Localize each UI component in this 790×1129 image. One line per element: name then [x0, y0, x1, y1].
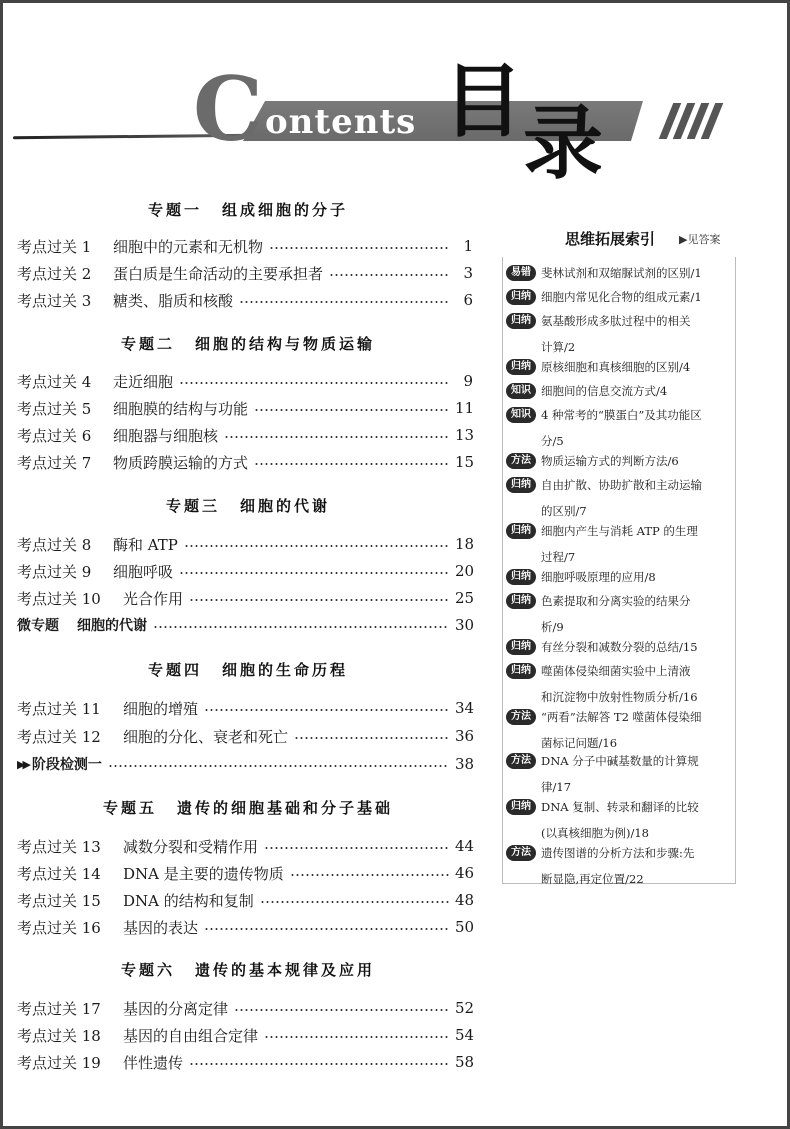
- leader-dots: [264, 1036, 449, 1038]
- tag-badge: 方法: [506, 453, 536, 469]
- section-title: 专题二细胞的结构与物质运输: [3, 333, 493, 354]
- entry-label: 考点过关 2: [17, 263, 109, 284]
- tag-badge: 归纳: [506, 799, 536, 815]
- entry-label: 考点过关 3: [17, 290, 109, 311]
- entry-label: 考点过关 1: [17, 236, 109, 257]
- section-title: 专题六遗传的基本规律及应用: [3, 959, 493, 980]
- entry-title: 细胞膜的结构与功能: [109, 398, 248, 419]
- leader-dots: [290, 874, 449, 876]
- toc-entry[interactable]: 考点过关 6细胞器与细胞核13: [17, 424, 473, 446]
- index-text: 细胞内常见化合物的组成元素/1: [541, 290, 702, 304]
- entry-title: 细胞的增殖: [119, 698, 198, 719]
- contents-banner: C ontents 目 录: [3, 3, 787, 203]
- entry-title: 酶和 ATP: [109, 534, 178, 555]
- entry-title: 细胞呼吸: [109, 561, 173, 582]
- index-text: 细胞呼吸原理的应用/8: [541, 570, 656, 584]
- entry-page: 6: [455, 291, 473, 309]
- tag-badge: 归纳: [506, 639, 536, 655]
- entry-title: 伴性遗传: [119, 1052, 183, 1073]
- index-text: 4 种常考的“膜蛋白”及其功能区: [541, 408, 702, 422]
- index-text: 斐林试剂和双缩脲试剂的区别/1: [541, 266, 702, 280]
- toc-entry[interactable]: 考点过关 17基因的分离定律52: [17, 997, 473, 1019]
- tag-badge: 知识: [506, 383, 536, 399]
- tag-badge: 归纳: [506, 477, 536, 493]
- tag-badge: 归纳: [506, 523, 536, 539]
- leader-dots: [153, 626, 449, 628]
- toc-entry[interactable]: 考点过关 16基因的表达50: [17, 916, 473, 938]
- entry-label: 考点过关 5: [17, 398, 109, 419]
- index-text: “两看”法解答 T2 噬菌体侵染细: [541, 710, 702, 724]
- section-name: 细胞的代谢: [240, 497, 330, 515]
- toc-entry[interactable]: 考点过关 9细胞呼吸20: [17, 560, 473, 582]
- entry-label: 考点过关 12: [17, 726, 119, 747]
- sidebar-title: 思维拓展索引: [565, 228, 655, 249]
- entry-label: 考点过关 10: [17, 588, 119, 609]
- index-item[interactable]: 方法物质运输方式的判断方法/6: [506, 447, 728, 474]
- index-text: DNA 复制、转录和翻译的比较: [541, 800, 699, 814]
- leader-dots: [189, 1063, 449, 1065]
- leader-dots: [184, 545, 449, 547]
- entry-page: 18: [455, 535, 473, 553]
- index-text: 噬菌体侵染细菌实验中上清液: [541, 664, 691, 678]
- section-number: 专题五: [103, 799, 157, 817]
- index-text: DNA 分子中碱基数量的计算规: [541, 754, 699, 768]
- toc-entry[interactable]: 考点过关 10光合作用25: [17, 587, 473, 609]
- index-text: 有丝分裂和减数分裂的总结/15: [541, 640, 698, 654]
- index-item[interactable]: 知识细胞间的信息交流方式/4: [506, 377, 728, 404]
- leader-dots: [254, 463, 449, 465]
- section-number: 专题三: [166, 497, 220, 515]
- leader-dots: [108, 765, 449, 767]
- section-number: 专题一: [148, 201, 202, 219]
- entry-page: 11: [455, 399, 473, 417]
- toc-entry[interactable]: 考点过关 15DNA 的结构和复制48: [17, 889, 473, 911]
- entry-label: 考点过关 8: [17, 534, 109, 555]
- entry-label: 考点过关 18: [17, 1025, 119, 1046]
- entry-label: 考点过关 15: [17, 890, 119, 911]
- leader-dots: [204, 709, 449, 711]
- toc-entry-special[interactable]: 微专题细胞的代谢30: [17, 614, 473, 636]
- leader-dots: [294, 737, 449, 739]
- index-item[interactable]: 归纳细胞内常见化合物的组成元素/1: [506, 283, 728, 310]
- leader-dots: [189, 599, 449, 601]
- index-text: 物质运输方式的判断方法/6: [541, 454, 679, 468]
- toc-entry[interactable]: 考点过关 13减数分裂和受精作用44: [17, 835, 473, 857]
- section-name: 遗传的基本规律及应用: [195, 961, 375, 979]
- entry-page: 46: [455, 864, 473, 882]
- entry-title: 基因的自由组合定律: [119, 1025, 258, 1046]
- entry-title: 光合作用: [119, 588, 183, 609]
- tag-badge: 知识: [506, 407, 536, 423]
- entry-page: 20: [455, 562, 473, 580]
- tag-badge: 归纳: [506, 359, 536, 375]
- tag-badge: 归纳: [506, 593, 536, 609]
- entry-title: 基因的分离定律: [119, 998, 228, 1019]
- index-text: 氨基酸形成多肽过程中的相关: [541, 314, 691, 328]
- section-title: 专题三细胞的代谢: [3, 495, 493, 516]
- leader-dots: [264, 847, 449, 849]
- tag-badge: 归纳: [506, 289, 536, 305]
- index-item[interactable]: 易错斐林试剂和双缩脲试剂的区别/1: [506, 259, 728, 286]
- section-name: 细胞的生命历程: [222, 661, 348, 679]
- tag-badge: 归纳: [506, 313, 536, 329]
- entry-label: 考点过关 7: [17, 452, 109, 473]
- leader-dots: [179, 572, 449, 574]
- toc-entry-stage-test[interactable]: ▶▶阶段检测一38: [17, 753, 473, 775]
- leader-dots: [234, 1009, 449, 1011]
- toc-entry[interactable]: 考点过关 18基因的自由组合定律54: [17, 1024, 473, 1046]
- toc-entry[interactable]: 考点过关 2蛋白质是生命活动的主要承担者3: [17, 262, 473, 284]
- section-number: 专题四: [148, 661, 202, 679]
- entry-title: 糖类、脂质和核酸: [109, 290, 233, 311]
- entry-page: 25: [455, 589, 473, 607]
- entry-page: 9: [455, 372, 473, 390]
- section-name: 组成细胞的分子: [222, 201, 348, 219]
- see-answer-note: ▶见答案: [679, 231, 720, 247]
- entry-title: 细胞器与细胞核: [109, 425, 218, 446]
- entry-page: 30: [455, 616, 473, 634]
- banner-cn-lu: 录: [523, 103, 603, 183]
- entry-page: 1: [455, 237, 473, 255]
- entry-label: 考点过关 4: [17, 371, 109, 392]
- index-item[interactable]: 归纳原核细胞和真核细胞的区别/4: [506, 353, 728, 380]
- entry-page: 54: [455, 1026, 473, 1044]
- entry-title: 细胞的代谢: [73, 615, 147, 635]
- entry-page: 38: [455, 755, 473, 773]
- index-text: 自由扩散、协助扩散和主动运输: [541, 478, 702, 492]
- index-text: 细胞内产生与消耗 ATP 的生理: [541, 524, 698, 538]
- entry-page: 36: [455, 727, 473, 745]
- tag-badge: 归纳: [506, 663, 536, 679]
- banner-word: ontents: [265, 103, 416, 141]
- entry-label: 考点过关 19: [17, 1052, 119, 1073]
- section-title: 专题四细胞的生命历程: [3, 659, 493, 680]
- entry-title: 蛋白质是生命活动的主要承担者: [109, 263, 323, 284]
- entry-label: 考点过关 17: [17, 998, 119, 1019]
- leader-dots: [239, 301, 449, 303]
- toc-entry[interactable]: 考点过关 12细胞的分化、衰老和死亡36: [17, 725, 473, 747]
- entry-label: 考点过关 14: [17, 863, 119, 884]
- entry-page: 44: [455, 837, 473, 855]
- tag-badge: 方法: [506, 709, 536, 725]
- leader-dots: [254, 409, 449, 411]
- index-item[interactable]: 归纳有丝分裂和减数分裂的总结/15: [506, 633, 728, 660]
- entry-title: 细胞的分化、衰老和死亡: [119, 726, 288, 747]
- section-title: 专题一组成细胞的分子: [3, 199, 493, 220]
- toc-entry[interactable]: 考点过关 14DNA 是主要的遗传物质46: [17, 862, 473, 884]
- entry-label: 考点过关 6: [17, 425, 109, 446]
- banner-letter-c: C: [193, 65, 263, 153]
- toc-entry[interactable]: 考点过关 5细胞膜的结构与功能11: [17, 397, 473, 419]
- leader-dots: [204, 928, 449, 930]
- leader-dots: [179, 382, 449, 384]
- leader-dots: [260, 901, 449, 903]
- entry-title: 走近细胞: [109, 371, 173, 392]
- entry-title: 物质跨膜运输的方式: [109, 452, 248, 473]
- section-name: 细胞的结构与物质运输: [195, 335, 375, 353]
- index-text: 细胞间的信息交流方式/4: [541, 384, 667, 398]
- toc-entry[interactable]: 考点过关 1细胞中的元素和无机物1: [17, 235, 473, 257]
- contents-page: C ontents 目 录 专题一组成细胞的分子 考点过关 1细胞中的元素和无机…: [3, 3, 787, 1126]
- leader-dots: [269, 247, 449, 249]
- entry-page: 34: [455, 699, 473, 717]
- banner-stripes-icon: [658, 103, 718, 139]
- entry-title: DNA 是主要的遗传物质: [119, 863, 284, 884]
- entry-page: 13: [455, 426, 473, 444]
- entry-label: 考点过关 16: [17, 917, 119, 938]
- section-title: 专题五遗传的细胞基础和分子基础: [3, 797, 493, 818]
- toc-entry[interactable]: 考点过关 4走近细胞9: [17, 370, 473, 392]
- entry-page: 50: [455, 918, 473, 936]
- entry-page: 58: [455, 1053, 473, 1071]
- entry-title: 减数分裂和受精作用: [119, 836, 258, 857]
- index-item[interactable]: 方法遗传图谱的分析方法和步骤:先断显隐,再定位置/22: [506, 839, 728, 892]
- index-text: 原核细胞和真核细胞的区别/4: [541, 360, 690, 374]
- entry-label: 微专题: [17, 615, 59, 635]
- section-name: 遗传的细胞基础和分子基础: [177, 799, 393, 817]
- toc-entry[interactable]: 考点过关 19伴性遗传58: [17, 1051, 473, 1073]
- entry-page: 3: [455, 264, 473, 282]
- entry-title: 基因的表达: [119, 917, 198, 938]
- double-arrow-icon: ▶▶: [17, 758, 28, 771]
- entry-title: 细胞中的元素和无机物: [109, 236, 263, 257]
- tag-badge: 易错: [506, 265, 536, 281]
- entry-label: 考点过关 9: [17, 561, 109, 582]
- toc-entry[interactable]: 考点过关 7物质跨膜运输的方式15: [17, 451, 473, 473]
- entry-title: DNA 的结构和复制: [119, 890, 254, 911]
- banner-cn-mu: 目: [443, 61, 523, 141]
- entry-page: 15: [455, 453, 473, 471]
- tag-badge: 方法: [506, 753, 536, 769]
- index-text: 色素提取和分离实验的结果分: [541, 594, 691, 608]
- section-number: 专题二: [121, 335, 175, 353]
- index-item[interactable]: 归纳细胞呼吸原理的应用/8: [506, 563, 728, 590]
- index-text-cont: 断显隐,再定位置/22: [506, 866, 728, 892]
- entry-label: 阶段检测一: [32, 754, 102, 774]
- leader-dots: [329, 274, 449, 276]
- tag-badge: 归纳: [506, 569, 536, 585]
- leader-dots: [224, 436, 449, 438]
- section-number: 专题六: [121, 961, 175, 979]
- entry-page: 48: [455, 891, 473, 909]
- toc-entry[interactable]: 考点过关 11细胞的增殖34: [17, 697, 473, 719]
- entry-label: 考点过关 11: [17, 698, 119, 719]
- index-text: 遗传图谱的分析方法和步骤:先: [541, 846, 694, 860]
- tag-badge: 方法: [506, 845, 536, 861]
- toc-entry[interactable]: 考点过关 3糖类、脂质和核酸6: [17, 289, 473, 311]
- entry-label: 考点过关 13: [17, 836, 119, 857]
- toc-entry[interactable]: 考点过关 8酶和 ATP18: [17, 533, 473, 555]
- entry-page: 52: [455, 999, 473, 1017]
